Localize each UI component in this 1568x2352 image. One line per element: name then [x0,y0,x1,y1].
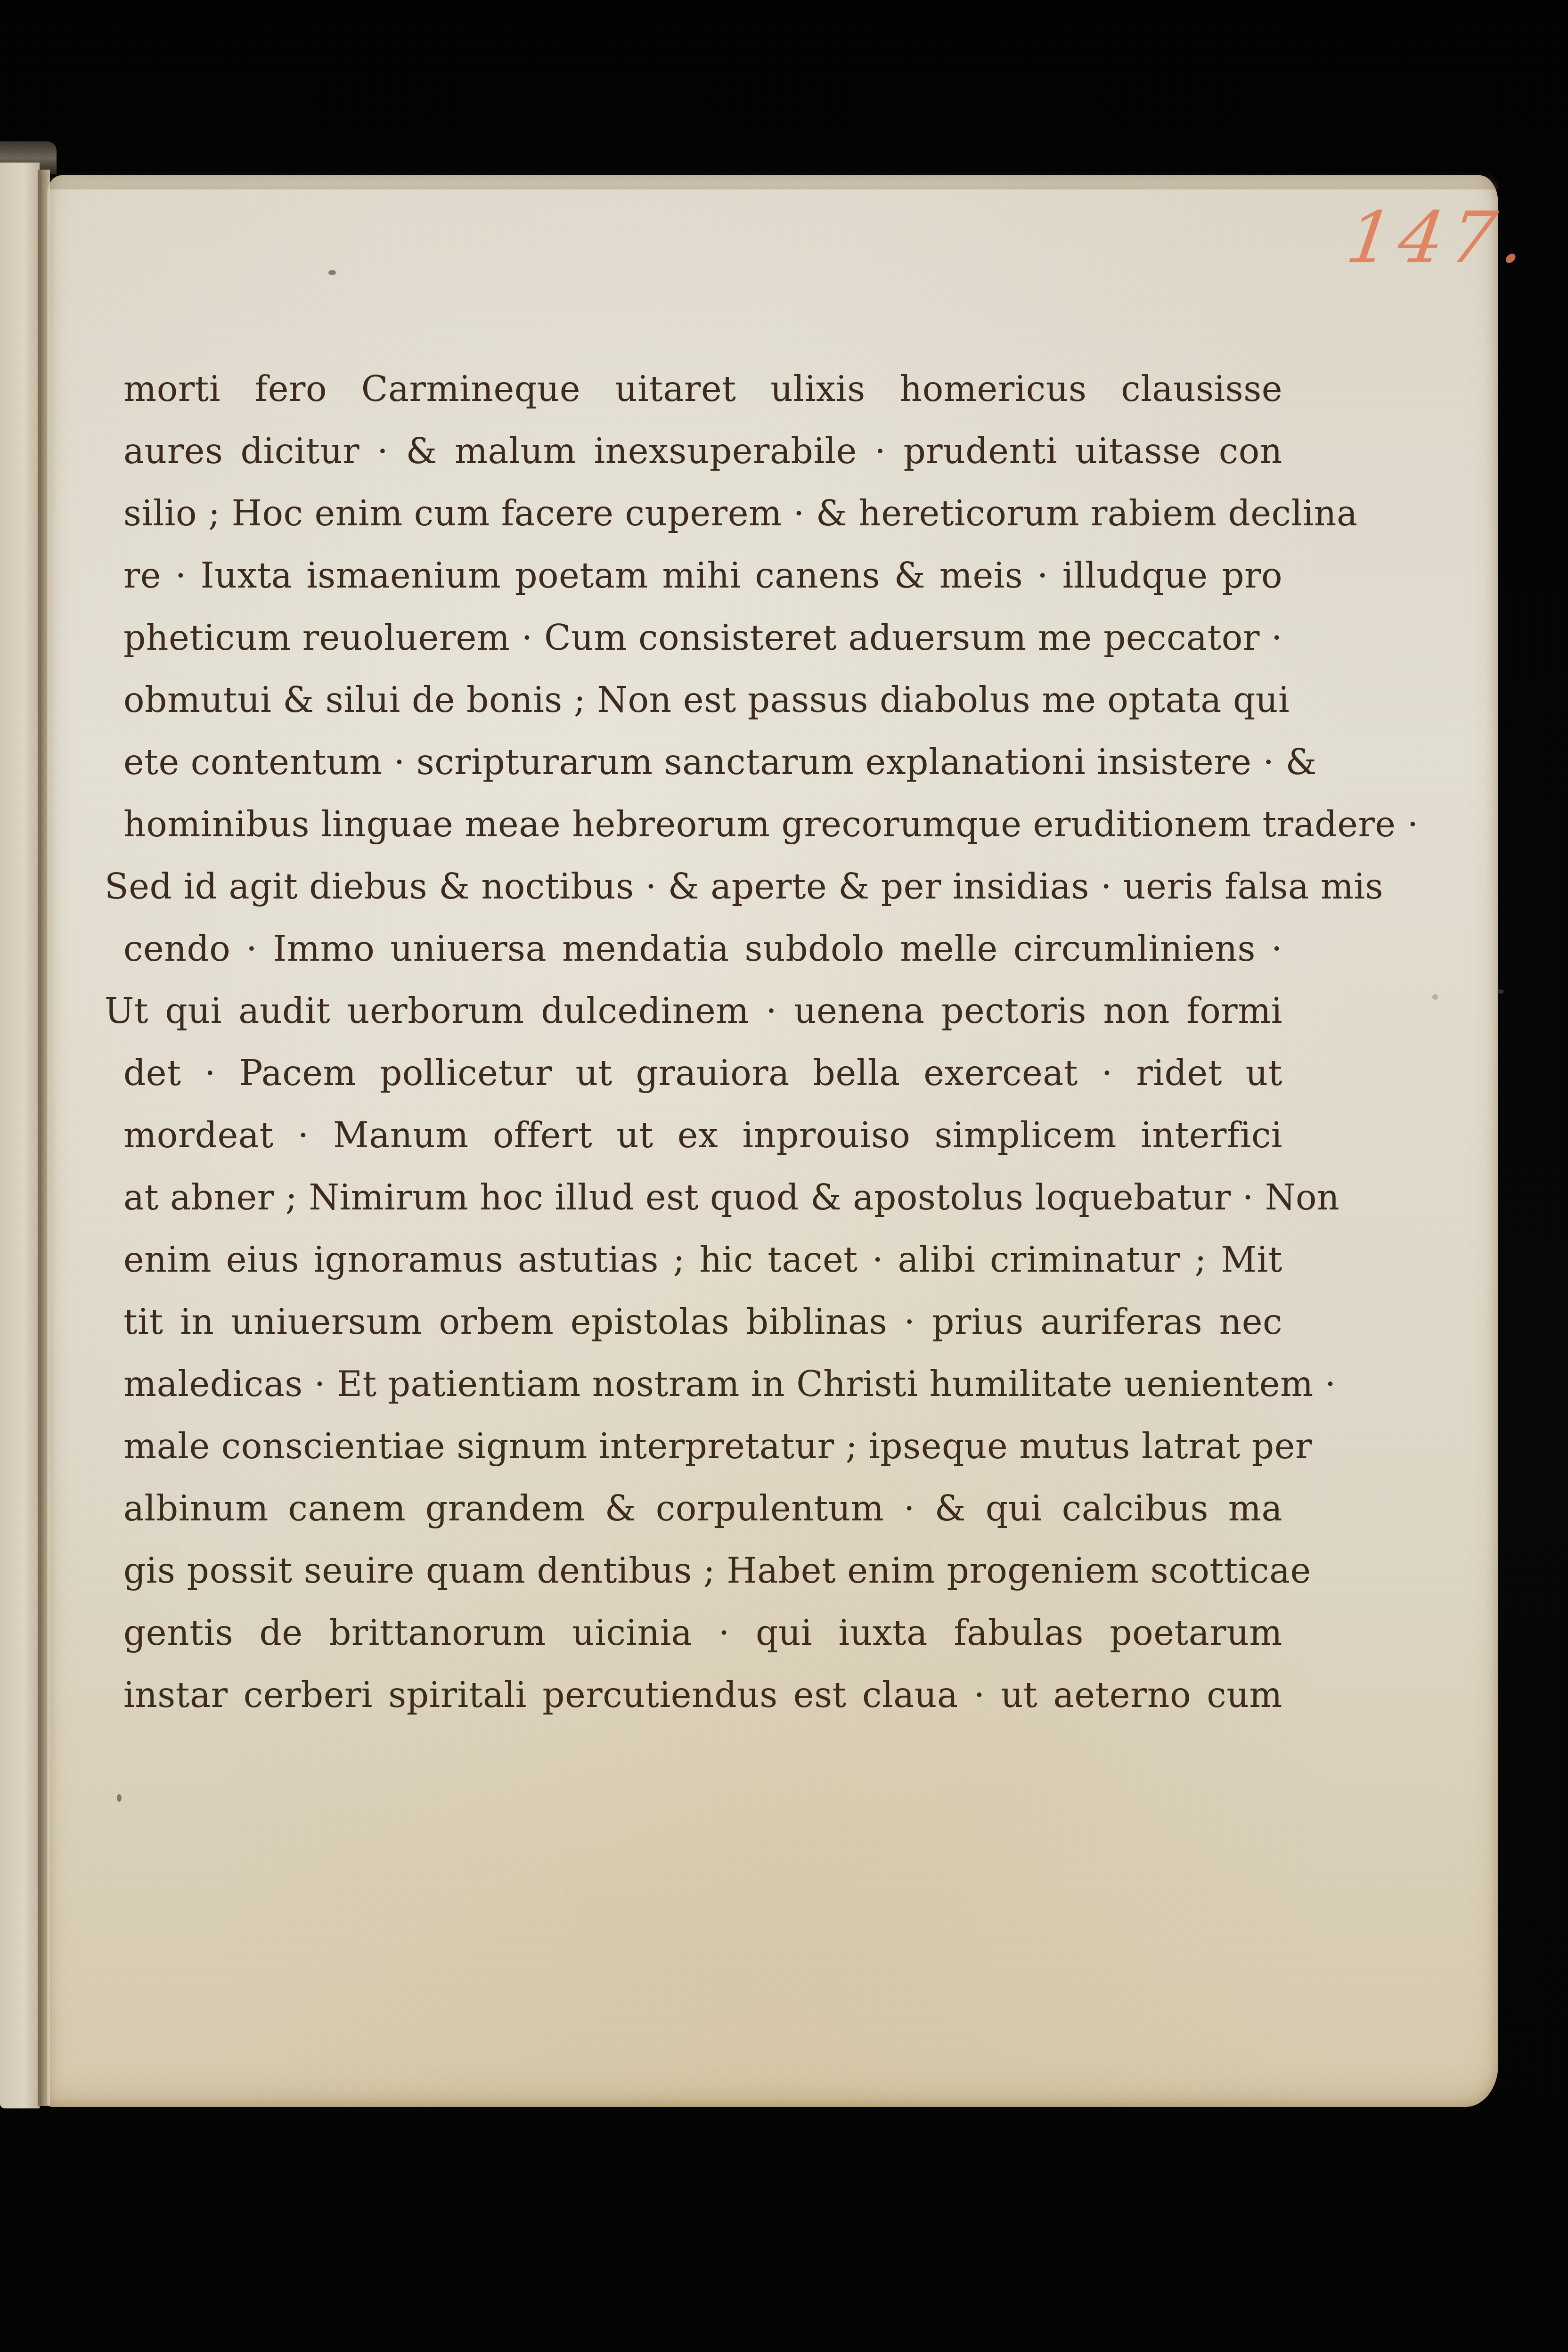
text-line: gentis de brittanorum uicinia · qui iuxt… [123,1602,1282,1664]
text-line: tit in uniuersum orbem epistolas biblina… [123,1291,1282,1353]
text-block: morti fero Carmineque uitaret ulixis hom… [123,358,1282,1726]
text-line: at abner ; Nimirum hoc illud est quod & … [123,1167,1282,1229]
text-line: instar cerberi spiritali percutiendus es… [123,1664,1282,1726]
text-line: re · Iuxta ismaenium poetam mihi canens … [123,545,1282,607]
text-line: male conscientiae signum interpretatur ;… [123,1415,1282,1478]
text-line: det · Pacem pollicetur ut grauiora bella… [123,1042,1282,1104]
text-line: obmutui & silui de bonis ; Non est passu… [123,669,1282,731]
text-line: gis possit seuire quam dentibus ; Habet … [123,1540,1282,1602]
text-line: Ut qui audit uerborum dulcedinem · uenen… [105,980,1282,1042]
text-line: enim eius ignoramus astutias ; hic tacet… [123,1229,1282,1291]
text-line: albinum canem grandem & corpulentum · & … [123,1478,1282,1540]
text-line: cendo · Immo uniuersa mendatia subdolo m… [123,918,1282,980]
text-line: morti fero Carmineque uitaret ulixis hom… [123,358,1282,420]
ink-speck [117,1794,122,1802]
text-line: silio ; Hoc enim cum facere cuperem · & … [123,482,1282,545]
text-line: maledicas · Et patientiam nostram in Chr… [123,1353,1282,1415]
ink-speck [328,270,336,275]
text-line: aures dicitur · & malum inexsuperabile ·… [123,420,1282,482]
text-line: ete contentum · scripturarum sanctarum e… [123,731,1282,793]
text-line: hominibus linguae meae hebreorum grecoru… [123,793,1282,856]
text-line: Sed id agit diebus & noctibus · & aperte… [105,856,1282,918]
ink-speck [1497,989,1504,994]
text-line: pheticum reuoluerem · Cum consisteret ad… [123,607,1282,669]
previous-leaf-edge [0,163,40,2108]
text-line: mordeat · Manum offert ut ex inprouiso s… [123,1104,1282,1167]
gutter-shadow [38,170,50,2106]
ink-speck [1432,994,1438,1000]
folio-number: 147. [1342,197,1537,279]
